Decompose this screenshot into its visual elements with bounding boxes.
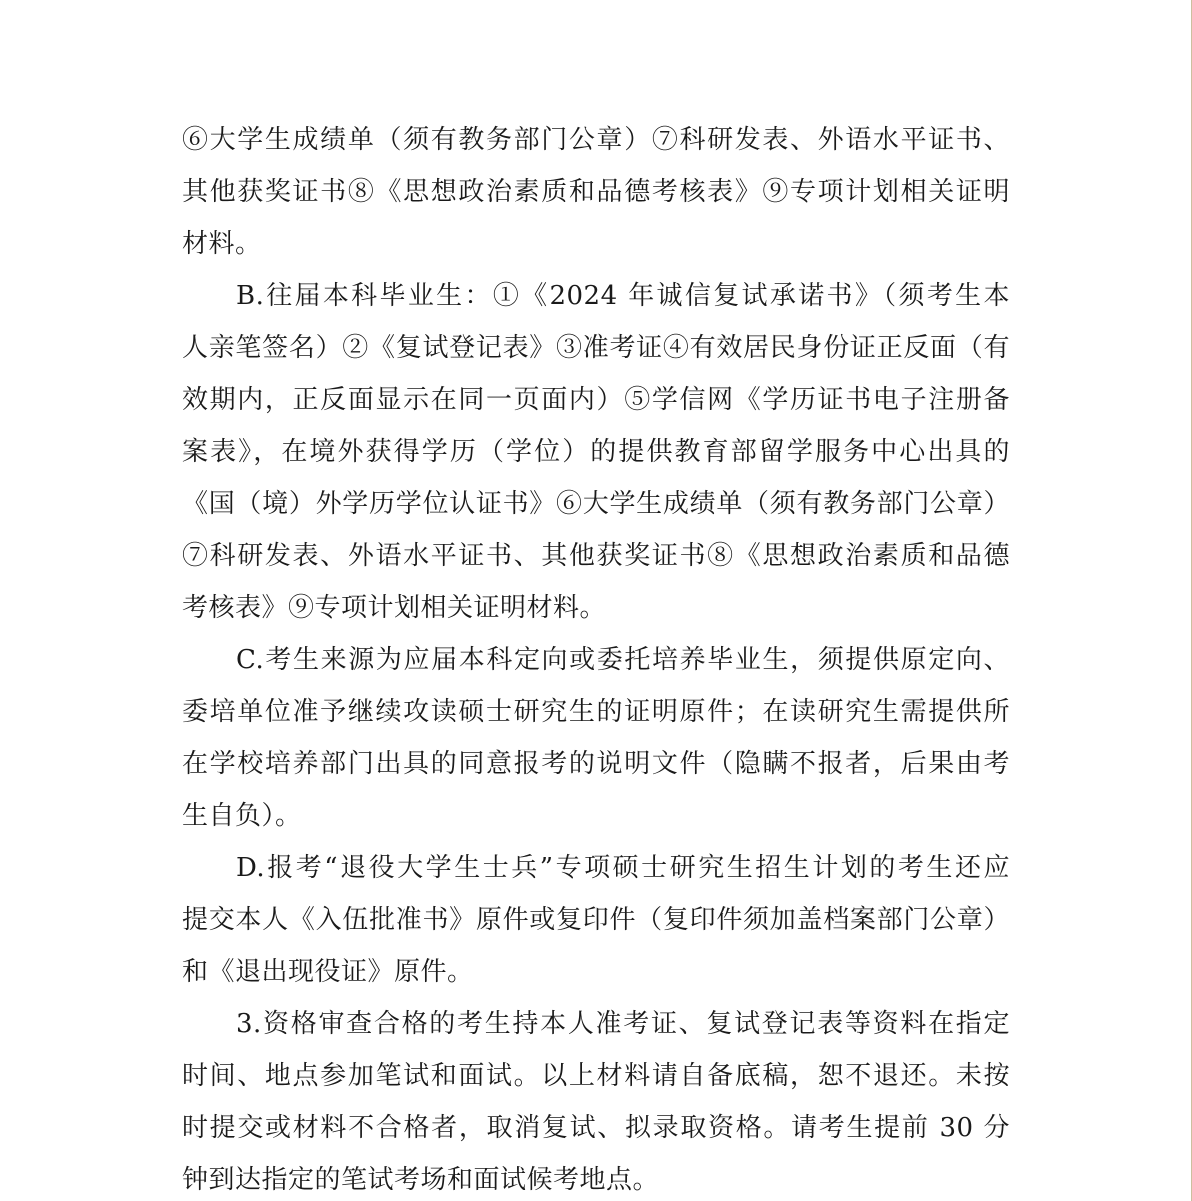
text-line: 委培单位准予继续攻读硕士研究生的证明原件；在读研究生需提供所 [182, 686, 1010, 738]
text-line: C.考生来源为应届本科定向或委托培养毕业生，须提供原定向、 [182, 634, 1010, 686]
text-line: 在学校培养部门出具的同意报考的说明文件（隐瞒不报者，后果由考 [182, 738, 1010, 790]
text-line: 生自负）。 [182, 790, 1010, 842]
text-line: 3.资格审查合格的考生持本人准考证、复试登记表等资料在指定 [182, 998, 1010, 1050]
paragraph-a-continued: ⑥大学生成绩单（须有教务部门公章）⑦科研发表、外语水平证书、 其他获奖证书⑧《思… [182, 114, 1010, 270]
text-line: 其他获奖证书⑧《思想政治素质和品德考核表》⑨专项计划相关证明 [182, 166, 1010, 218]
text-line: 案表》，在境外获得学历（学位）的提供教育部留学服务中心出具的 [182, 426, 1010, 478]
document-body: ⑥大学生成绩单（须有教务部门公章）⑦科研发表、外语水平证书、 其他获奖证书⑧《思… [182, 114, 1010, 1201]
text-line: 效期内，正反面显示在同一页面内）⑤学信网《学历证书电子注册备 [182, 374, 1010, 426]
paragraph-b-past-graduates: B.往届本科毕业生：①《2024 年诚信复试承诺书》（须考生本 人亲笔签名）②《… [182, 270, 1010, 634]
paragraph-d-veterans: D.报考“退役大学生士兵”专项硕士研究生招生计划的考生还应 提交本人《入伍批准书… [182, 842, 1010, 998]
paragraph-c-directed-training: C.考生来源为应届本科定向或委托培养毕业生，须提供原定向、 委培单位准予继续攻读… [182, 634, 1010, 842]
text-line: 人亲笔签名）②《复试登记表》③准考证④有效居民身份证正反面（有 [182, 322, 1010, 374]
text-line: 钟到达指定的笔试考场和面试候考地点。 [182, 1154, 1010, 1201]
text-line: ⑦科研发表、外语水平证书、其他获奖证书⑧《思想政治素质和品德 [182, 530, 1010, 582]
text-line: 时间、地点参加笔试和面试。以上材料请自备底稿，恕不退还。未按 [182, 1050, 1010, 1102]
text-line: B.往届本科毕业生：①《2024 年诚信复试承诺书》（须考生本 [182, 270, 1010, 322]
text-line: 和《退出现役证》原件。 [182, 946, 1010, 998]
text-line: 《国（境）外学历学位认证书》⑥大学生成绩单（须有教务部门公章） [182, 478, 1010, 530]
text-line: 时提交或材料不合格者，取消复试、拟录取资格。请考生提前 30 分 [182, 1102, 1010, 1154]
text-line: 材料。 [182, 218, 1010, 270]
paragraph-item-3-qualification: 3.资格审查合格的考生持本人准考证、复试登记表等资料在指定 时间、地点参加笔试和… [182, 998, 1010, 1201]
text-line: 考核表》⑨专项计划相关证明材料。 [182, 582, 1010, 634]
text-line: ⑥大学生成绩单（须有教务部门公章）⑦科研发表、外语水平证书、 [182, 114, 1010, 166]
text-line: 提交本人《入伍批准书》原件或复印件（复印件须加盖档案部门公章） [182, 894, 1010, 946]
text-line: D.报考“退役大学生士兵”专项硕士研究生招生计划的考生还应 [182, 842, 1010, 894]
